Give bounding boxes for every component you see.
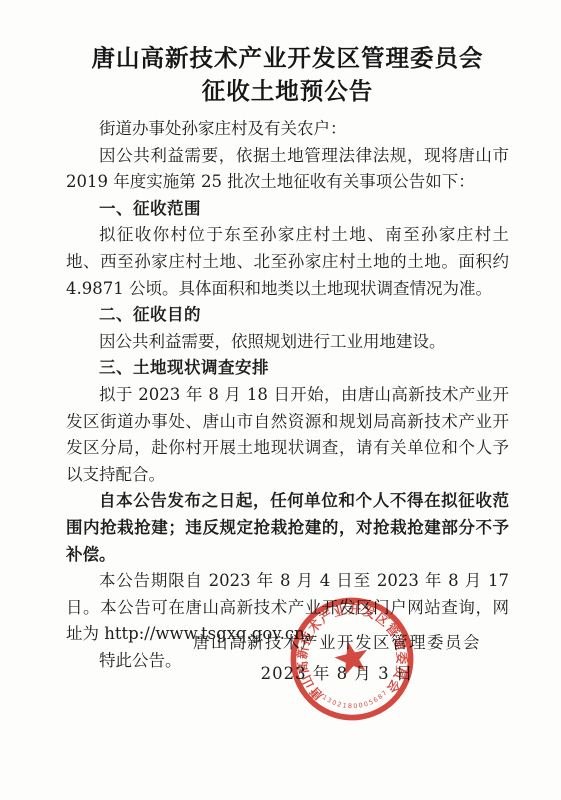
section-heading-scope: 一、征收范围: [66, 196, 509, 223]
scanned-notice-page: 唐山高新技术产业开发区管理委员会 征收土地预公告 街道办事处孙家庄村及有关农户：…: [0, 0, 561, 800]
notice-content: 唐山高新技术产业开发区管理委员会 征收土地预公告 街道办事处孙家庄村及有关农户：…: [66, 42, 509, 674]
notice-subtitle: 征收土地预公告: [66, 75, 509, 108]
paragraph-survey: 拟于 2023 年 8 月 18 日开始，由唐山高新技术产业开发区街道办事处、唐…: [66, 382, 509, 488]
signer-name: 唐山高新技术产业开发区管理委员会: [193, 630, 481, 656]
signature-block: 唐山高新技术产业开发区管理委员会 2023 年 8 月 3 日: [193, 630, 481, 687]
svg-text:1302180005687: 1302180005687: [320, 688, 390, 713]
paragraph-intro: 因公共利益需要，依据土地管理法律法规，现将唐山市 2019 年度实施第 25 批…: [66, 143, 509, 196]
paragraph-warning: 自本公告发布之日起，任何单位和个人不得在拟征收范围内抢栽抢建；违反规定抢栽抢建的…: [66, 488, 509, 568]
issue-date: 2023 年 8 月 3 日: [193, 661, 481, 687]
paragraph-scope: 拟征收你村位于东至孙家庄村土地、南至孙家庄村土地、西至孙家庄村土地、北至孙家庄村…: [66, 222, 509, 302]
seal-serial-number: 1302180005687: [320, 688, 390, 713]
paragraph-purpose: 因公共利益需要，依照规划进行工业用地建设。: [66, 329, 509, 356]
notice-body: 街道办事处孙家庄村及有关农户： 因公共利益需要，依据土地管理法律法规，现将唐山市…: [66, 116, 509, 674]
section-heading-purpose: 二、征收目的: [66, 302, 509, 329]
section-heading-survey: 三、土地现状调查安排: [66, 355, 509, 382]
notice-title: 唐山高新技术产业开发区管理委员会: [66, 42, 509, 75]
salutation: 街道办事处孙家庄村及有关农户：: [66, 116, 509, 143]
